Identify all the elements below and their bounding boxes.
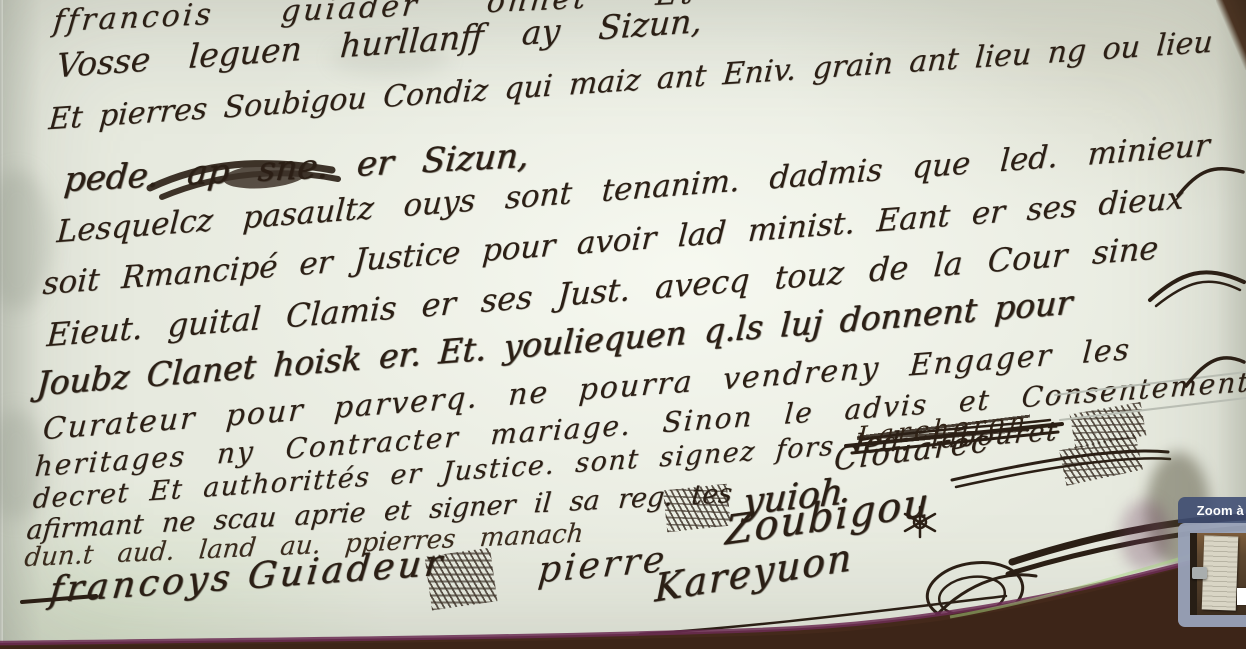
paraph-loop-icon: [923, 557, 1036, 628]
photo-left-edge: [0, 0, 3, 649]
minimap-thumbnail[interactable]: [1190, 533, 1246, 615]
paraph-hatch-icon: [425, 548, 498, 611]
margin-swash: [1178, 169, 1243, 196]
zoom-navigator-widget: Zoom à: [1178, 495, 1246, 627]
margin-swash: [1150, 272, 1244, 300]
paraph-hatch-icon: [663, 484, 731, 532]
minimap-panel: [1178, 523, 1246, 627]
margin-swash: [1156, 282, 1240, 306]
zoom-button-label: Zoom à: [1197, 503, 1244, 518]
viewport-indicator[interactable]: [1237, 588, 1246, 605]
paraph-hatch-icon: [1059, 434, 1143, 485]
zoom-button[interactable]: Zoom à: [1178, 497, 1246, 523]
page-clip-icon: [1192, 567, 1207, 579]
photo-corner-wedge: [1216, 0, 1246, 70]
page-corner-shadow: [1120, 500, 1170, 570]
book-page-icon: [1202, 535, 1239, 610]
archive-viewer-screenshot: ffrancois guiader onnet Et Vosse leguen …: [0, 0, 1246, 649]
